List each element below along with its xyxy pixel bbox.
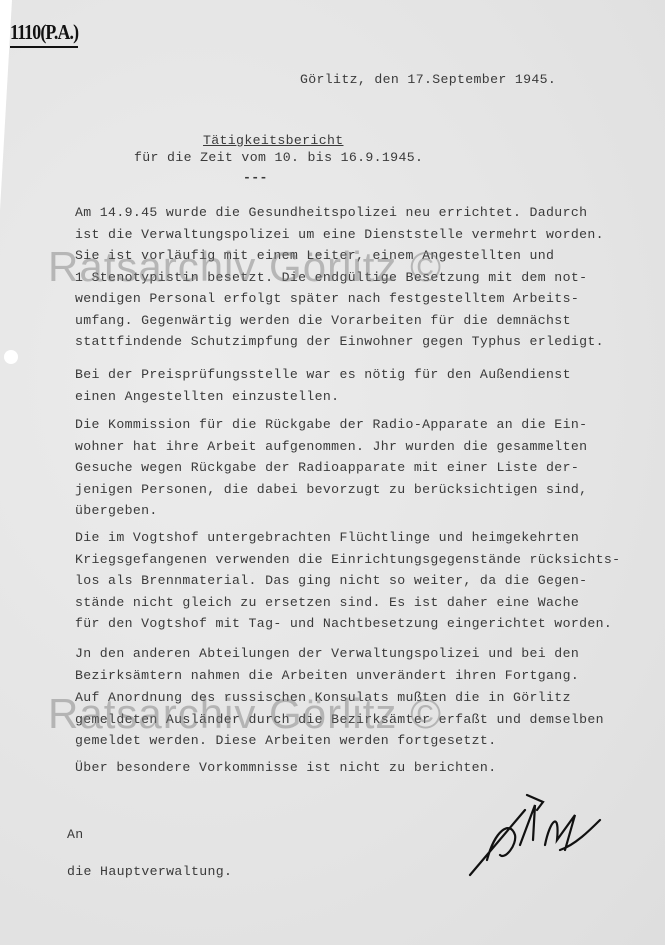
- document-page: 1110(P.A.) Görlitz, den 17.September 194…: [0, 0, 665, 945]
- text-line: Die Kommission für die Rückgabe der Radi…: [75, 417, 587, 432]
- document-title: Tätigkeitsbericht: [203, 133, 343, 148]
- text-line: wendigen Personal erfolgt später nach fe…: [75, 291, 579, 306]
- text-line: einen Angestellten einzustellen.: [75, 389, 339, 404]
- text-line: Die im Vogtshof untergebrachten Flüchtli…: [75, 530, 579, 545]
- text-line: Kriegsgefangenen verwenden die Einrichtu…: [75, 552, 620, 567]
- text-line: Gesuche wegen Rückgabe der Radioapparate…: [75, 460, 579, 475]
- separator: ---: [243, 170, 268, 185]
- text-line: Bezirksämtern nahmen die Arbeiten unverä…: [75, 668, 579, 683]
- text-line: stände nicht gleich zu ersetzen sind. Es…: [75, 595, 579, 610]
- text-line: umfang. Gegenwärtig werden die Vorarbeit…: [75, 313, 571, 328]
- signature-icon: [465, 790, 605, 880]
- address-prefix: An: [67, 827, 84, 842]
- text-line: wohner hat ihre Arbeit aufgenommen. Jhr …: [75, 439, 587, 454]
- text-line: los als Brennmaterial. Das ging nicht so…: [75, 573, 587, 588]
- text-line: Jn den anderen Abteilungen der Verwaltun…: [75, 646, 579, 661]
- watermark: Ratsarchiv Görlitz ©: [48, 243, 442, 291]
- place-date: Görlitz, den 17.September 1945.: [300, 72, 556, 87]
- text-line: Über besondere Vorkommnisse ist nicht zu…: [75, 760, 496, 775]
- recipient: die Hauptverwaltung.: [67, 864, 232, 879]
- document-subtitle: für die Zeit vom 10. bis 16.9.1945.: [134, 150, 423, 165]
- text-line: stattfindende Schutzimpfung der Einwohne…: [75, 334, 604, 349]
- text-line: jenigen Personen, die dabei bevorzugt zu…: [75, 482, 587, 497]
- text-line: für den Vogtshof mit Tag- und Nachtbeset…: [75, 616, 612, 631]
- watermark: Ratsarchiv Görlitz ©: [48, 690, 442, 738]
- text-line: Bei der Preisprüfungsstelle war es nötig…: [75, 367, 571, 382]
- text-line: ist die Verwaltungspolizei um eine Diens…: [75, 227, 604, 242]
- text-line: Am 14.9.45 wurde die Gesundheitspolizei …: [75, 205, 587, 220]
- punch-hole: [4, 350, 18, 364]
- text-line: übergeben.: [75, 503, 158, 518]
- archive-number: 1110(P.A.): [10, 20, 78, 48]
